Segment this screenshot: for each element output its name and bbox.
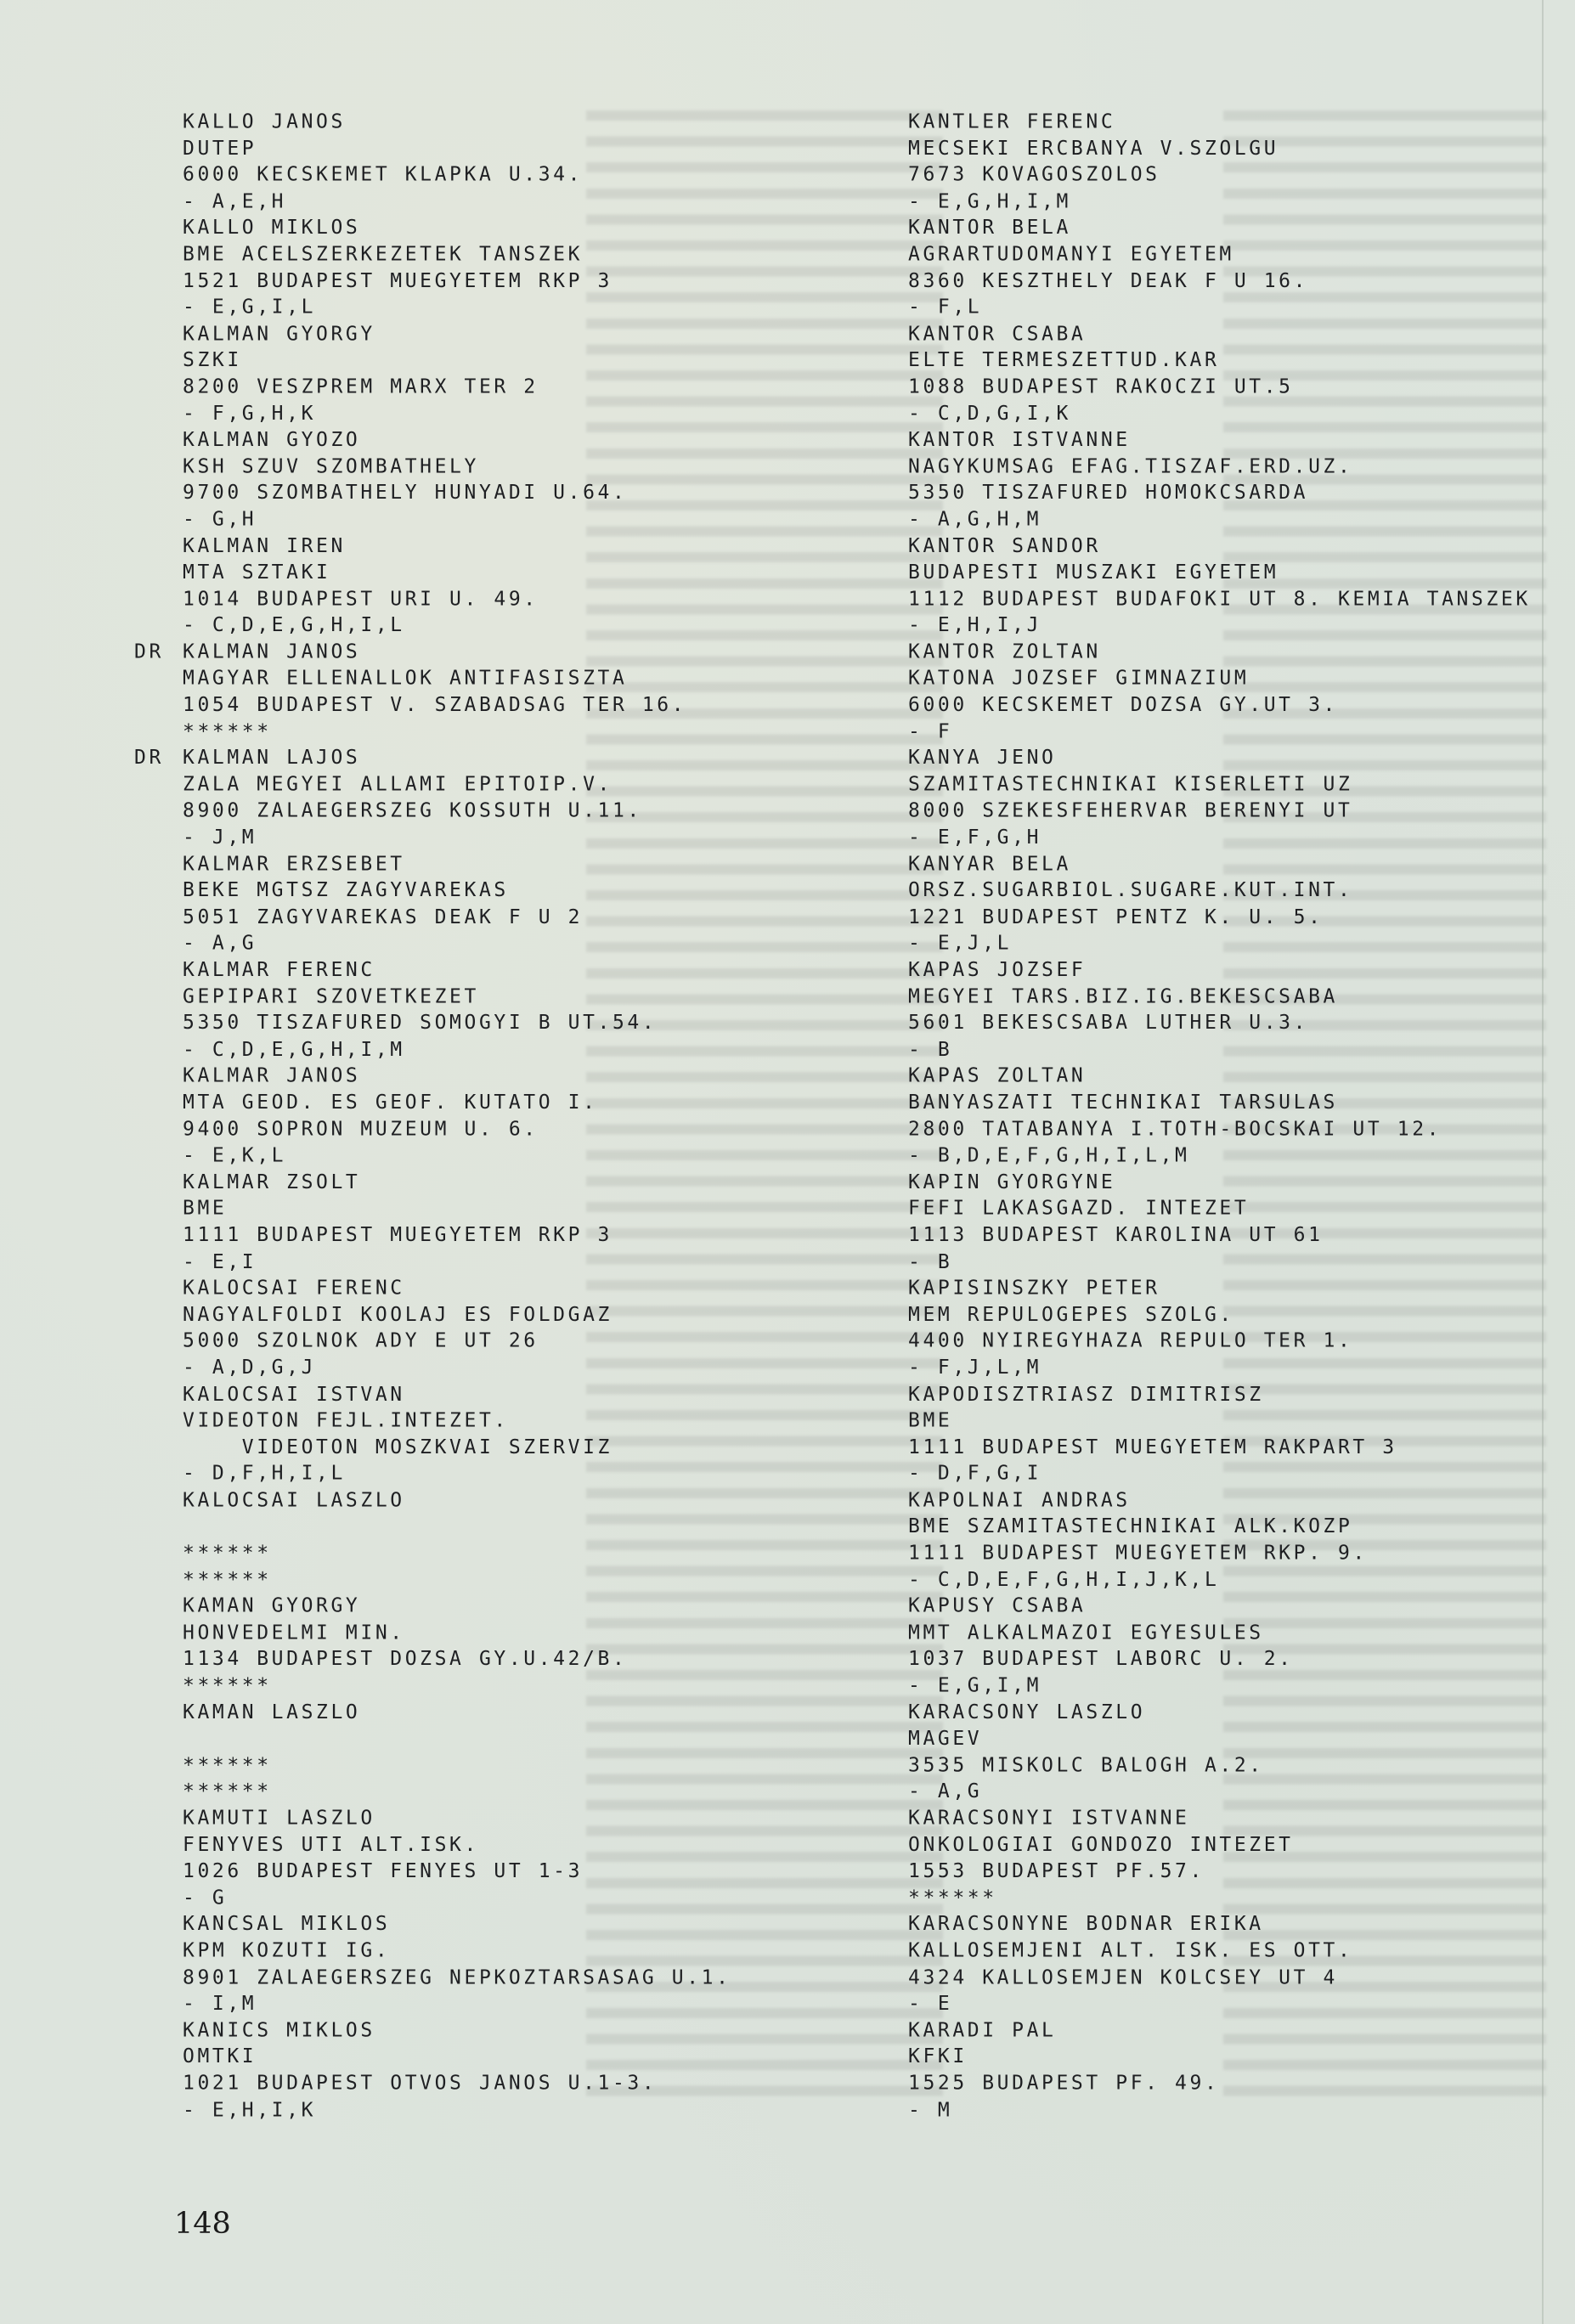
line-text: - B,D,E,F,G,H,I,L,M [908,1144,1190,1167]
entry-codes: - D,F,H,I,L [134,1460,731,1486]
entry-address: 1111 BUDAPEST MUEGYETEM RKP 3 [134,1222,731,1249]
entry-organization: BME ACELSZERKEZETEK TANSZEK [134,241,731,268]
line-text: 4324 KALLOSEMJEN KOLCSEY UT 4 [908,1966,1338,1988]
line-text: - E,H,I,J [908,614,1042,637]
entry-organization: BEKE MGTSZ ZAGYVAREKAS [134,877,731,904]
entry-name: KARACSONY LASZLO [860,1699,1531,1725]
entry-address: 5000 SZOLNOK ADY E UT 26 [134,1328,731,1354]
title-prefix: DR [134,639,183,665]
line-text: - A,D,G,J [183,1357,316,1379]
line-text: KANTOR BELA [908,217,1071,240]
directory-entry: KANYAR BELAORSZ.SUGARBIOL.SUGARE.KUT.INT… [860,851,1531,957]
line-text: ****** [183,1542,272,1565]
entry-address: 1014 BUDAPEST URI U. 49. [134,586,731,612]
line-text: BME ACELSZERKEZETEK TANSZEK [183,243,583,266]
entry-organization: BUDAPESTI MUSZAKI EGYETEM [860,559,1531,585]
entry-address: ****** [134,1752,731,1779]
entry-organization: SZAMITASTECHNIKAI KISERLETI UZ [860,771,1531,798]
line-text: KALMAN GYOZO [183,429,360,452]
line-text: KANYAR BELA [908,853,1071,876]
entry-address: 5601 BEKESCSABA LUTHER U.3. [860,1010,1531,1036]
line-text: 1111 BUDAPEST MUEGYETEM RKP. 9. [908,1542,1368,1565]
line-text: MTA GEOD. ES GEOF. KUTATO I. [183,1091,598,1114]
line-text: 1111 BUDAPEST MUEGYETEM RKP 3 [183,1224,612,1247]
entry-organization: FENYVES UTI ALT.ISK. [134,1831,731,1858]
directory-entry: KALMAR ZSOLTBME1111 BUDAPEST MUEGYETEM R… [134,1169,731,1275]
directory-entry: KAPOLNAI ANDRASBME SZAMITASTECHNIKAI ALK… [860,1487,1531,1594]
line-text: KALMAN GYORGY [183,323,375,346]
line-text: ONKOLOGIAI GONDOZO INTEZET [908,1833,1294,1856]
directory-entry: KAPISINSZKY PETERMEM REPULOGEPES SZOLG.4… [860,1275,1531,1381]
line-text: BEKE MGTSZ ZAGYVAREKAS [183,879,509,902]
entry-address: 5350 TISZAFURED HOMOKCSARDA [860,480,1531,506]
line-text: BUDAPESTI MUSZAKI EGYETEM [908,561,1279,584]
entry-name: KANTLER FERENC [860,109,1531,135]
line-text: KALMAR JANOS [183,1064,360,1087]
entry-address: 1521 BUDAPEST MUEGYETEM RKP 3 [134,268,731,294]
directory-entry: KAMUTI LASZLOFENYVES UTI ALT.ISK.1026 BU… [134,1805,731,1911]
entry-name: KALMAR JANOS [134,1063,731,1089]
entry-organization: MEGYEI TARS.BIZ.IG.BEKESCSABA [860,984,1531,1010]
line-text: KALLOSEMJENI ALT. ISK. ES OTT. [908,1939,1352,1962]
entry-codes: - C,D,E,F,G,H,I,J,K,L [860,1566,1531,1593]
directory-entry: KANTOR CSABAELTE TERMESZETTUD.KAR1088 BU… [860,321,1531,427]
directory-entry: KALOCSAI FERENCNAGYALFOLDI KOOLAJ ES FOL… [134,1275,731,1381]
entry-organization: KALLOSEMJENI ALT. ISK. ES OTT. [860,1938,1531,1964]
entry-name: KANICS MIKLOS [134,2017,731,2044]
entry-address: ****** [134,1540,731,1566]
entry-codes: ****** [134,1672,731,1699]
page-number: 148 [174,2207,231,2241]
entry-codes: - C,D,E,G,H,I,M [134,1036,731,1063]
entry-organization: VIDEOTON FEJL.INTEZET. [134,1407,731,1434]
entry-codes: - G,H [134,506,731,533]
line-text: 3535 MISKOLC BALOGH A.2. [908,1754,1264,1777]
entry-name: KALOCSAI LASZLO [134,1487,731,1514]
line-text: MAGEV [908,1728,982,1751]
directory-entry: KALOCSAI ISTVANVIDEOTON FEJL.INTEZET. VI… [134,1381,731,1487]
line-text: KALLO MIKLOS [183,217,360,240]
entry-name: KARACSONYNE BODNAR ERIKA [860,1911,1531,1938]
entry-codes: - B [860,1036,1531,1063]
directory-entry: KAPUSY CSABAMMT ALKALMAZOI EGYESULES1037… [860,1594,1531,1700]
line-text: 1026 BUDAPEST FENYES UT 1-3 [183,1860,583,1883]
line-text: 1054 BUDAPEST V. SZABADSAG TER 16. [183,694,686,717]
line-text: KANCSAL MIKLOS [183,1913,390,1936]
line-text: AGRARTUDOMANYI EGYETEM [908,243,1234,266]
entry-codes: - A,G,H,M [860,506,1531,533]
entry-name: KALMAN GYORGY [134,321,731,347]
entry-name: KAMUTI LASZLO [134,1805,731,1831]
directory-entry: KANTOR SANDORBUDAPESTI MUSZAKI EGYETEM11… [860,533,1531,639]
directory-entry: KALLO MIKLOSBME ACELSZERKEZETEK TANSZEK1… [134,215,731,321]
line-text: KAPIN GYORGYNE [908,1170,1115,1193]
line-text: KALMAN JANOS [183,640,360,663]
entry-organization: BME [134,1195,731,1221]
entry-codes: - E,K,L [134,1142,731,1169]
entry-name: KAPUSY CSABA [860,1594,1531,1620]
directory-entry: KALMAR FERENCGEPIPARI SZOVETKEZET5350 TI… [134,957,731,1063]
directory-page: KALLO JANOSDUTEP6000 KECSKEMET KLAPKA U.… [0,0,1575,2324]
entry-name: KAPAS ZOLTAN [860,1063,1531,1089]
line-text: - F,J,L,M [908,1357,1042,1379]
entry-address: 1037 BUDAPEST LABORC U. 2. [860,1646,1531,1672]
line-text: NAGYALFOLDI KOOLAJ ES FOLDGAZ [183,1303,612,1326]
line-text: ****** [908,1887,997,1909]
entry-address: 1112 BUDAPEST BUDAFOKI UT 8. KEMIA TANSZ… [860,586,1531,612]
line-text: - F,L [908,296,982,319]
directory-entry: KALMAR ERZSEBETBEKE MGTSZ ZAGYVAREKAS505… [134,851,731,957]
line-text: - C,D,G,I,K [908,402,1071,425]
entry-address: VIDEOTON MOSZKVAI SZERVIZ [134,1434,731,1460]
directory-entry: KALMAN GYOZOKSH SZUV SZOMBATHELY9700 SZO… [134,426,731,533]
entry-organization: GEPIPARI SZOVETKEZET [134,984,731,1010]
entry-organization: ONKOLOGIAI GONDOZO INTEZET [860,1831,1531,1858]
entry-name: KALMAR ZSOLT [134,1169,731,1195]
line-text: VIDEOTON MOSZKVAI SZERVIZ [183,1436,612,1458]
line-text: KALOCSAI FERENC [183,1277,405,1300]
entry-organization: KPM KOZUTI IG. [134,1938,731,1964]
line-text: KANTOR SANDOR [908,534,1101,557]
line-text: ****** [183,1754,272,1777]
line-text: 1134 BUDAPEST DOZSA GY.U.42/B. [183,1648,627,1671]
entry-name: KANTOR SANDOR [860,533,1531,559]
line-text: 9400 SOPRON MUZEUM U. 6. [183,1118,539,1141]
entry-organization: MECSEKI ERCBANYA V.SZOLGU [860,135,1531,161]
line-text: MTA SZTAKI [183,561,330,584]
entry-organization: MTA GEOD. ES GEOF. KUTATO I. [134,1090,731,1116]
line-text: ORSZ.SUGARBIOL.SUGARE.KUT.INT. [908,879,1352,902]
line-text: - E [908,1993,952,2016]
entry-address: 8900 ZALAEGERSZEG KOSSUTH U.11. [134,798,731,824]
entry-address: 9400 SOPRON MUZEUM U. 6. [134,1116,731,1142]
entry-codes: - C,D,E,G,H,I,L [134,612,731,639]
line-text: MEM REPULOGEPES SZOLG. [908,1303,1234,1326]
entry-organization: MEM REPULOGEPES SZOLG. [860,1301,1531,1328]
entry-organization: ZALA MEGYEI ALLAMI EPITOIP.V. [134,771,731,798]
entry-address: 1111 BUDAPEST MUEGYETEM RKP. 9. [860,1540,1531,1566]
entry-organization: HONVEDELMI MIN. [134,1620,731,1646]
entry-organization: MAGYAR ELLENALLOK ANTIFASISZTA [134,665,731,691]
entry-name: KALMAN IREN [134,533,731,559]
entry-address: 2800 TATABANYA I.TOTH-BOCSKAI UT 12. [860,1116,1531,1142]
entry-codes: - B [860,1249,1531,1275]
line-text: KANTOR ISTVANNE [908,429,1131,452]
line-text: 7673 KOVAGOSZOLOS [908,163,1160,186]
line-text: - C,D,E,F,G,H,I,J,K,L [908,1568,1219,1591]
entry-address: 1553 BUDAPEST PF.57. [860,1859,1531,1885]
line-text: 1021 BUDAPEST OTVOS JANOS U.1-3. [183,2072,657,2095]
entry-name: KALLO MIKLOS [134,215,731,241]
line-text: 5051 ZAGYVAREKAS DEAK F U 2 [183,905,583,928]
left-column: KALLO JANOSDUTEP6000 KECSKEMET KLAPKA U.… [134,109,731,2124]
entry-codes: - F [860,719,1531,745]
line-text: 1525 BUDAPEST PF. 49. [908,2072,1219,2095]
entry-name: KAMAN GYORGY [134,1594,731,1620]
entry-name: KANTOR ISTVANNE [860,426,1531,453]
line-text: KARACSONYI ISTVANNE [908,1807,1190,1830]
line-text: - E,F,G,H [908,826,1042,849]
entry-organization: NAGYALFOLDI KOOLAJ ES FOLDGAZ [134,1301,731,1328]
entry-codes: - E [860,1991,1531,2017]
line-text: 6000 KECSKEMET DOZSA GY.UT 3. [908,694,1338,717]
directory-entry: KALMAN IRENMTA SZTAKI1014 BUDAPEST URI U… [134,533,731,639]
line-text: KALMAR ZSOLT [183,1170,360,1193]
line-text: 5000 SZOLNOK ADY E UT 26 [183,1329,539,1352]
entry-address: 1021 BUDAPEST OTVOS JANOS U.1-3. [134,2070,731,2096]
entry-address: 8200 VESZPREM MARX TER 2 [134,374,731,400]
entry-codes: - A,G [860,1779,1531,1805]
line-text: 1014 BUDAPEST URI U. 49. [183,588,539,611]
line-text: KAPAS JOZSEF [908,959,1086,982]
line-text: 1553 BUDAPEST PF.57. [908,1860,1205,1883]
line-text: - A,G [908,1780,982,1803]
line-text: 1112 BUDAPEST BUDAFOKI UT 8. KEMIA TANSZ… [908,588,1531,611]
entry-address: 6000 KECSKEMET DOZSA GY.UT 3. [860,692,1531,719]
line-text: - F,G,H,K [183,402,316,425]
entry-address: 7673 KOVAGOSZOLOS [860,161,1531,188]
line-text: - G,H [183,508,257,531]
line-text: KALOCSAI ISTVAN [183,1383,405,1406]
line-text: NAGYKUMSAG EFAG.TISZAF.ERD.UZ. [908,455,1352,478]
entry-name: KAPODISZTRIASZ DIMITRISZ [860,1381,1531,1407]
entry-codes: - F,G,H,K [134,400,731,426]
entry-name: DRKALMAN JANOS [134,639,731,665]
line-text: MMT ALKALMAZOI EGYESULES [908,1622,1264,1644]
directory-entry: KANICS MIKLOSOMTKI1021 BUDAPEST OTVOS JA… [134,2017,731,2124]
entry-address: 8000 SZEKESFEHERVAR BERENYI UT [860,798,1531,824]
line-text: - A,G [183,932,257,955]
entry-address: 5051 ZAGYVAREKAS DEAK F U 2 [134,904,731,930]
line-text: - C,D,E,G,H,I,L [183,614,405,637]
entry-organization [134,1514,731,1540]
entry-address: 4400 NYIREGYHAZA REPULO TER 1. [860,1328,1531,1354]
line-text: ZALA MEGYEI ALLAMI EPITOIP.V. [183,773,612,796]
entry-name: KAPOLNAI ANDRAS [860,1487,1531,1514]
directory-entry: KAPODISZTRIASZ DIMITRISZBME1111 BUDAPEST… [860,1381,1531,1487]
entry-codes: ****** [134,1779,731,1805]
line-text: 5601 BEKESCSABA LUTHER U.3. [908,1012,1308,1035]
line-text: - I,M [183,1993,257,2016]
entry-codes: - E,J,L [860,930,1531,956]
entry-organization: BME [860,1407,1531,1434]
entry-codes: - E,I [134,1249,731,1275]
entry-name: KALMAR ERZSEBET [134,851,731,877]
entry-organization: MTA SZTAKI [134,559,731,585]
entry-address: 3535 MISKOLC BALOGH A.2. [860,1752,1531,1779]
line-text: KALMAN LAJOS [183,747,360,770]
line-text: - E,G,I,M [908,1674,1042,1697]
entry-address: 1113 BUDAPEST KAROLINA UT 61 [860,1222,1531,1249]
line-text: MECSEKI ERCBANYA V.SZOLGU [908,137,1279,160]
line-text: GEPIPARI SZOVETKEZET [183,985,479,1008]
line-text: KANTOR CSABA [908,323,1086,346]
entry-address: 1054 BUDAPEST V. SZABADSAG TER 16. [134,692,731,719]
line-text: - A,G,H,M [908,508,1042,531]
entry-codes: - E,G,I,L [134,294,731,320]
directory-entry: KALLO JANOSDUTEP6000 KECSKEMET KLAPKA U.… [134,109,731,215]
entry-codes: - E,H,I,J [860,612,1531,639]
line-text: DUTEP [183,137,257,160]
line-text: KALMAR FERENC [183,959,375,982]
entry-codes: - E,F,G,H [860,825,1531,851]
line-text: KAPISINSZKY PETER [908,1277,1160,1300]
entry-organization: DUTEP [134,135,731,161]
entry-name: KANCSAL MIKLOS [134,1911,731,1938]
entry-codes: - E,H,I,K [134,2096,731,2123]
line-text: 5350 TISZAFURED HOMOKCSARDA [908,482,1308,505]
entry-organization: FEFI LAKASGAZD. INTEZET [860,1195,1531,1221]
line-text: KALMAR ERZSEBET [183,853,405,876]
entry-codes: ****** [134,719,731,745]
entry-codes: - F,J,L,M [860,1355,1531,1381]
line-text: - G [183,1887,227,1909]
line-text: FENYVES UTI ALT.ISK. [183,1833,479,1856]
entry-name: KANYA JENO [860,745,1531,771]
line-text: KANTOR ZOLTAN [908,640,1101,663]
entry-organization: AGRARTUDOMANYI EGYETEM [860,241,1531,268]
directory-entry: KALOCSAI LASZLO************ [134,1487,731,1594]
entry-address: 1134 BUDAPEST DOZSA GY.U.42/B. [134,1646,731,1672]
line-text: - E,G,H,I,M [908,190,1071,213]
line-text: 8900 ZALAEGERSZEG KOSSUTH U.11. [183,799,642,822]
entry-codes: ****** [134,1566,731,1593]
page-edge [1542,0,1544,2324]
entry-organization: MAGEV [860,1726,1531,1752]
directory-entry: KANCSAL MIKLOSKPM KOZUTI IG.8901 ZALAEGE… [134,1911,731,2017]
line-text: ****** [183,1568,272,1591]
entry-codes: - F,L [860,294,1531,320]
directory-entry: KARACSONY LASZLOMAGEV3535 MISKOLC BALOGH… [860,1699,1531,1805]
line-text: - A,E,H [183,190,286,213]
line-text: VIDEOTON FEJL.INTEZET. [183,1409,509,1432]
directory-entry: KANTOR ISTVANNENAGYKUMSAG EFAG.TISZAF.ER… [860,426,1531,533]
entry-address: 6000 KECSKEMET KLAPKA U.34. [134,161,731,188]
entry-codes: - J,M [134,825,731,851]
line-text: BME SZAMITASTECHNIKAI ALK.KOZP [908,1515,1352,1538]
entry-name: KARADI PAL [860,2017,1531,2044]
entry-address: 8901 ZALAEGERSZEG NEPKOZTARSASAG U.1. [134,1964,731,1990]
entry-address: 1111 BUDAPEST MUEGYETEM RAKPART 3 [860,1434,1531,1460]
entry-address: 9700 SZOMBATHELY HUNYADI U.64. [134,480,731,506]
line-text: 4400 NYIREGYHAZA REPULO TER 1. [908,1329,1352,1352]
entry-codes: - B,D,E,F,G,H,I,L,M [860,1142,1531,1169]
line-text: 9700 SZOMBATHELY HUNYADI U.64. [183,482,627,505]
line-text: MEGYEI TARS.BIZ.IG.BEKESCSABA [908,985,1338,1008]
directory-entry: KANTOR BELAAGRARTUDOMANYI EGYETEM8360 KE… [860,215,1531,321]
line-text: - E,G,I,L [183,296,316,319]
line-text: BANYASZATI TECHNIKAI TARSULAS [908,1091,1338,1114]
directory-entry: DRKALMAN LAJOSZALA MEGYEI ALLAMI EPITOIP… [134,745,731,851]
line-text: 1088 BUDAPEST RAKOCZI UT.5 [908,375,1294,398]
entry-organization: NAGYKUMSAG EFAG.TISZAF.ERD.UZ. [860,454,1531,480]
entry-name: KANYAR BELA [860,851,1531,877]
line-text: BME [908,1409,952,1432]
line-text: - E,H,I,K [183,2098,316,2121]
line-text: KAMAN GYORGY [183,1595,360,1618]
line-text: SZAMITASTECHNIKAI KISERLETI UZ [908,773,1352,796]
entry-address: 1525 BUDAPEST PF. 49. [860,2070,1531,2096]
entry-codes: - A,D,G,J [134,1355,731,1381]
line-text: SZKI [183,349,242,372]
line-text: KFKI [908,2045,968,2068]
entry-name: KALMAN GYOZO [134,426,731,453]
line-text: KARACSONYNE BODNAR ERIKA [908,1913,1264,1936]
line-text: KAMAN LASZLO [183,1701,360,1723]
line-text: ****** [183,1674,272,1697]
line-text: - E,K,L [183,1144,286,1167]
entry-organization [134,1726,731,1752]
line-text: 2800 TATABANYA I.TOTH-BOCSKAI UT 12. [908,1118,1442,1141]
line-text: - E,J,L [908,932,1012,955]
directory-entry: KAPAS JOZSEFMEGYEI TARS.BIZ.IG.BEKESCSAB… [860,957,1531,1063]
entry-organization: KATONA JOZSEF GIMNAZIUM [860,665,1531,691]
line-text: - B [908,1250,952,1273]
entry-organization: ORSZ.SUGARBIOL.SUGARE.KUT.INT. [860,877,1531,904]
line-text: 1037 BUDAPEST LABORC U. 2. [908,1648,1294,1671]
line-text: - E,I [183,1250,257,1273]
line-text: - M [908,2098,952,2121]
directory-entry: KANTOR ZOLTANKATONA JOZSEF GIMNAZIUM6000… [860,639,1531,745]
directory-entry: KAPIN GYORGYNEFEFI LAKASGAZD. INTEZET111… [860,1169,1531,1275]
line-text: 8360 KESZTHELY DEAK F U 16. [908,269,1308,292]
right-column: KANTLER FERENCMECSEKI ERCBANYA V.SZOLGU7… [860,109,1531,2124]
line-text: ****** [183,720,272,743]
line-text: KATONA JOZSEF GIMNAZIUM [908,667,1249,690]
entry-codes: - G [134,1885,731,1911]
directory-entry: KAPAS ZOLTANBANYASZATI TECHNIKAI TARSULA… [860,1063,1531,1169]
entry-organization: KFKI [860,2044,1531,2070]
entry-codes: - A,G [134,930,731,956]
entry-name: KANTOR CSABA [860,321,1531,347]
line-text: MAGYAR ELLENALLOK ANTIFASISZTA [183,667,627,690]
line-text: - D,F,H,I,L [183,1463,346,1486]
entry-name: KANTOR BELA [860,215,1531,241]
line-text: 8901 ZALAEGERSZEG NEPKOZTARSASAG U.1. [183,1966,731,1988]
line-text: - C,D,E,G,H,I,M [183,1038,405,1061]
entry-address: 8360 KESZTHELY DEAK F U 16. [860,268,1531,294]
line-text: 1113 BUDAPEST KAROLINA UT 61 [908,1224,1324,1247]
entry-name: KALLO JANOS [134,109,731,135]
line-text: 6000 KECSKEMET KLAPKA U.34. [183,163,583,186]
entry-codes: - C,D,G,I,K [860,400,1531,426]
entry-name: KAPISINSZKY PETER [860,1275,1531,1301]
line-text: KALMAN IREN [183,534,346,557]
line-text: KAPUSY CSABA [908,1595,1086,1618]
directory-entry: KALMAR JANOSMTA GEOD. ES GEOF. KUTATO I.… [134,1063,731,1169]
directory-entry: KALMAN GYORGYSZKI8200 VESZPREM MARX TER … [134,321,731,427]
line-text: 1221 BUDAPEST PENTZ K. U. 5. [908,905,1324,928]
line-text: - B [908,1038,952,1061]
line-text: 5350 TISZAFURED SOMOGYI B UT.54. [183,1012,657,1035]
directory-entry: KANTLER FERENCMECSEKI ERCBANYA V.SZOLGU7… [860,109,1531,215]
entry-codes: - D,F,G,I [860,1460,1531,1486]
line-text: OMTKI [183,2045,257,2068]
entry-name: KANTOR ZOLTAN [860,639,1531,665]
line-text: BME [183,1197,227,1220]
entry-organization: ELTE TERMESZETTUD.KAR [860,347,1531,374]
line-text: ELTE TERMESZETTUD.KAR [908,349,1219,372]
line-text: KALLO JANOS [183,110,346,133]
entry-organization: OMTKI [134,2044,731,2070]
entry-codes: ****** [860,1885,1531,1911]
line-text: KANICS MIKLOS [183,2019,375,2042]
entry-name: KARACSONYI ISTVANNE [860,1805,1531,1831]
entry-organization: SZKI [134,347,731,374]
directory-entry: KANYA JENOSZAMITASTECHNIKAI KISERLETI UZ… [860,745,1531,851]
line-text: - F [908,720,952,743]
entry-name: KALMAR FERENC [134,957,731,984]
